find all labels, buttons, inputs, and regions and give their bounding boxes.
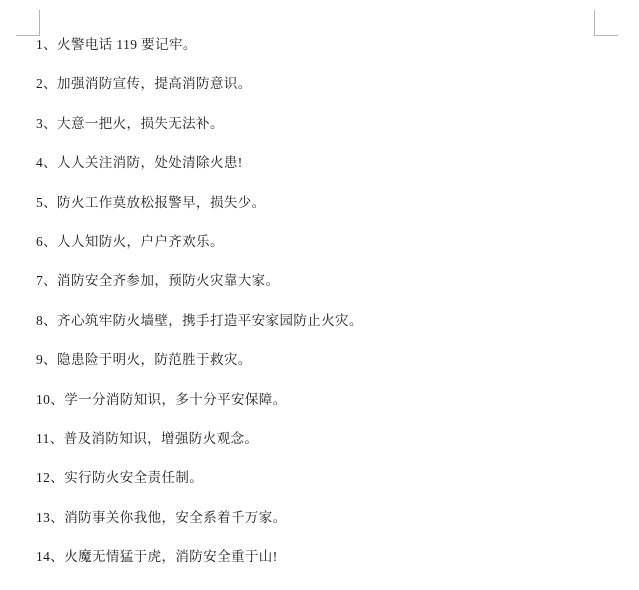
slogan-line[interactable]: 8、齐心筑牢防火墙壁，携手打造平安家园防止火灾。 bbox=[36, 301, 623, 340]
slogan-line[interactable]: 6、人人知防火，户户齐欢乐。 bbox=[36, 222, 623, 261]
slogan-line[interactable]: 9、隐患险于明火，防范胜于救灾。 bbox=[36, 340, 623, 379]
slogan-line[interactable]: 10、学一分消防知识，多十分平安保障。 bbox=[36, 380, 623, 419]
slogan-line[interactable]: 2、加强消防宣传，提高消防意识。 bbox=[36, 64, 623, 103]
slogan-line[interactable]: 5、防火工作莫放松报警早，损失少。 bbox=[36, 183, 623, 222]
slogan-line[interactable]: 12、实行防火安全责任制。 bbox=[36, 458, 623, 497]
slogan-line[interactable]: 3、大意一把火，损失无法补。 bbox=[36, 104, 623, 143]
document-text-area[interactable]: 1、火警电话 119 要记牢。 2、加强消防宣传，提高消防意识。 3、大意一把火… bbox=[36, 25, 623, 577]
document-page[interactable]: 1、火警电话 119 要记牢。 2、加强消防宣传，提高消防意识。 3、大意一把火… bbox=[0, 0, 639, 590]
slogan-line[interactable]: 11、普及消防知识，增强防火观念。 bbox=[36, 419, 623, 458]
slogan-line[interactable]: 7、消防安全齐参加，预防火灾靠大家。 bbox=[36, 261, 623, 300]
slogan-line[interactable]: 13、消防事关你我他，安全系着千万家。 bbox=[36, 498, 623, 537]
slogan-line[interactable]: 1、火警电话 119 要记牢。 bbox=[36, 25, 623, 64]
slogan-line[interactable]: 14、火魔无情猛于虎，消防安全重于山! bbox=[36, 537, 623, 576]
slogan-line[interactable]: 4、人人关注消防，处处清除火患! bbox=[36, 143, 623, 182]
